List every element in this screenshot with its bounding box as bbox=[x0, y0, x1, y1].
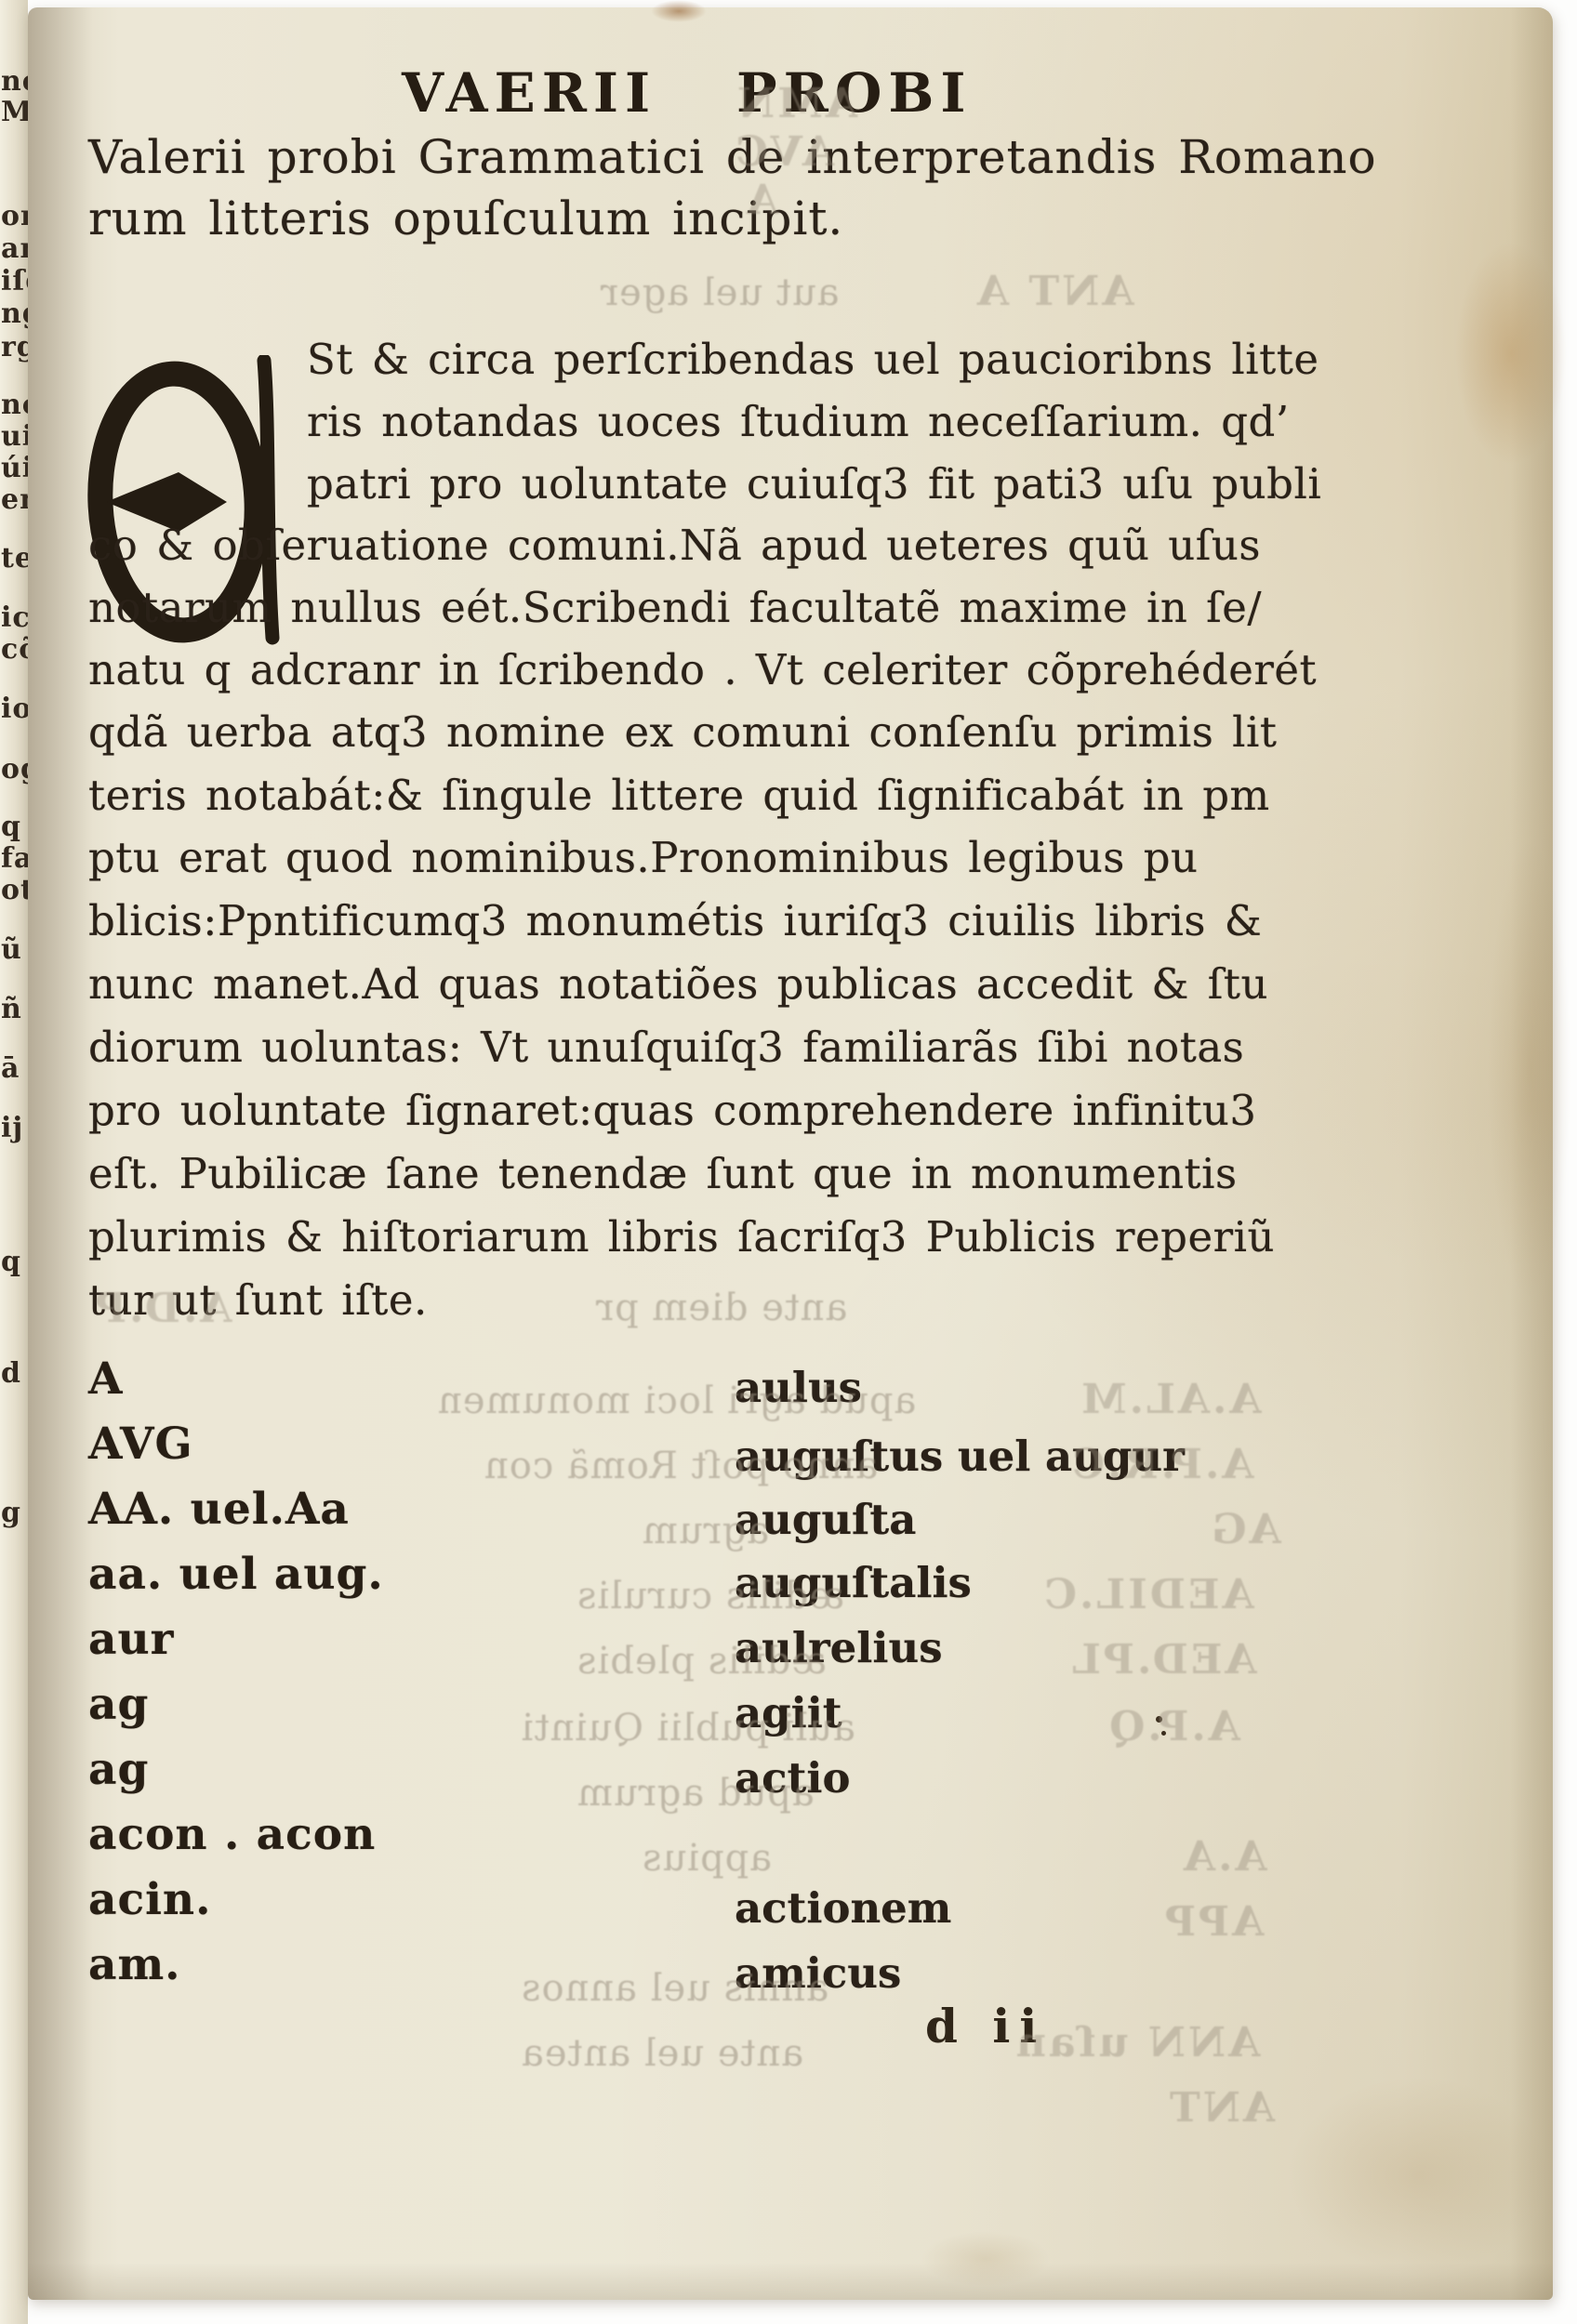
gutter-text-fragment: ij bbox=[1, 1112, 23, 1144]
abbreviation: am. bbox=[88, 1939, 181, 1990]
body-line: plurimis & hiſtoriarum libris ſacriſq3 P… bbox=[88, 1212, 1275, 1261]
gutter-text-fragment: g bbox=[1, 1497, 21, 1529]
abbreviation: A bbox=[88, 1353, 123, 1405]
body-line: diorum uoluntas: Vt unuſquiſq3 familiarã… bbox=[88, 1023, 1244, 1072]
body-line: nunc manet.Ad quas notatiões publicas ac… bbox=[88, 959, 1268, 1009]
facing-page-edge: nerã Ma or, ama iſq3 nge rga no uid úin … bbox=[0, 0, 28, 2324]
abbreviation: AA. uel.Aa bbox=[88, 1484, 350, 1535]
showthrough-text: apud agrum bbox=[576, 1772, 815, 1815]
showthrough-text: anno poſt Romã con bbox=[484, 1445, 878, 1487]
gutter-text-fragment: ñ bbox=[1, 993, 22, 1025]
body-line: co & obſeruatione comuni.Nã apud ueteres… bbox=[88, 521, 1261, 570]
showthrough-text: ante diem pr bbox=[595, 1287, 848, 1329]
incipit-line: rum litteris opuſculum incipit. bbox=[88, 191, 843, 245]
body-line: St & circa perſcribendas uel paucioribns… bbox=[307, 335, 1319, 384]
gutter-text-fragment: ici bbox=[1, 601, 28, 634]
showthrough-text: AMN bbox=[735, 80, 857, 127]
page-edge-shadow-bottom bbox=[28, 2263, 1553, 2300]
gutter-text-fragment: uid bbox=[1, 420, 28, 453]
abbreviation: aa. uel aug. bbox=[88, 1549, 384, 1600]
gutter-text-fragment: ama bbox=[1, 232, 28, 265]
showthrough-text: ante uel antea bbox=[521, 2032, 803, 2075]
abbreviation: ag bbox=[88, 1679, 149, 1730]
body-line: notarum nullus eét.Scribendi facultatẽ m… bbox=[88, 583, 1262, 632]
showthrough-text: ANT A bbox=[974, 268, 1134, 315]
gutter-text-fragment: úin bbox=[1, 452, 28, 484]
body-line: blicis:Ppntificumq3 monumétis iuriſq3 ci… bbox=[88, 896, 1262, 945]
showthrough-text: appius bbox=[642, 1837, 772, 1880]
showthrough-text: A.AL.M bbox=[1079, 1376, 1262, 1423]
abbreviation: acon . acon bbox=[88, 1809, 376, 1860]
showthrough-text: ANN uſan bbox=[1014, 2019, 1260, 2067]
body-line: pro uoluntate ſignaret:quas comprehender… bbox=[88, 1086, 1257, 1135]
showthrough-text: auli publii Quinti bbox=[521, 1707, 855, 1750]
page-edge-shadow-right bbox=[1510, 7, 1553, 2300]
body-line: ptu erat quod nominibus.Pronominibus leg… bbox=[88, 833, 1199, 882]
showthrough-text: ANT bbox=[1167, 2084, 1275, 2132]
gutter-text-fragment: rga bbox=[1, 331, 28, 363]
abbreviation: acin. bbox=[88, 1874, 211, 1925]
gutter-text-fragment: q bbox=[1, 1246, 21, 1278]
gutter-text-fragment: nerã bbox=[1, 65, 28, 98]
gutter-text-fragment: d bbox=[1, 1357, 21, 1390]
gutter-text-fragment: no bbox=[1, 389, 28, 421]
showthrough-text: AEDIL.C bbox=[1041, 1571, 1254, 1618]
gutter-text-fragment: ā bbox=[1, 1052, 20, 1085]
gutter-text-fragment: ũ bbox=[1, 933, 22, 966]
gutter-text-fragment: cõ bbox=[1, 633, 28, 666]
showthrough-text: AG bbox=[1209, 1506, 1281, 1553]
showthrough-text: A bbox=[744, 177, 778, 224]
showthrough-text: ædilis curulis bbox=[576, 1575, 844, 1618]
body-line: ris notandas uoces ſtudium neceſſarium. … bbox=[307, 397, 1290, 446]
showthrough-text: annis uel annos bbox=[521, 1967, 828, 2010]
gutter-text-fragment: nge bbox=[1, 297, 28, 330]
abbreviation: aur bbox=[88, 1614, 174, 1665]
scanned-book-photo: nerã Ma or, ama iſq3 nge rga no uid úin … bbox=[0, 0, 1577, 2324]
showthrough-text: apud agri loci monumen bbox=[437, 1380, 916, 1422]
gutter-text-fragment: or, bbox=[1, 200, 28, 232]
showthrough-text: agrum bbox=[642, 1510, 769, 1552]
abbreviation: AVG bbox=[88, 1419, 193, 1470]
gutter-text-fragment: Ma bbox=[1, 96, 28, 128]
showthrough-text: APP bbox=[1162, 1898, 1264, 1946]
showthrough-text: AED.PL bbox=[1069, 1636, 1257, 1684]
gutter-shadow bbox=[28, 7, 93, 2300]
gutter-text-fragment: iſq3 bbox=[1, 265, 28, 297]
gutter-text-fragment: q bbox=[1, 811, 21, 843]
body-line: patri pro uoluntate cuiuſq3 fit pati3 uſ… bbox=[307, 459, 1321, 508]
showthrough-text: AVC bbox=[733, 128, 834, 176]
abbreviation-meaning: actionem bbox=[735, 1883, 951, 1933]
body-line: teris notabát:& ſingule littere quid ſig… bbox=[88, 771, 1270, 820]
showthrough-text: A.P.Q bbox=[1107, 1703, 1240, 1750]
showthrough-text: A.A bbox=[1181, 1833, 1267, 1881]
gutter-text-fragment: ot bbox=[1, 874, 28, 906]
gutter-text-fragment: em bbox=[1, 483, 28, 516]
gutter-text-fragment: te bbox=[1, 542, 28, 574]
showthrough-text: A.D.P bbox=[93, 1285, 232, 1332]
showthrough-text: A.P.R.C bbox=[1069, 1441, 1253, 1488]
abbreviation: ag bbox=[88, 1744, 149, 1795]
gutter-text-fragment: io bbox=[1, 693, 28, 725]
body-line: natu q adcranr in ſcribendo . Vt celerit… bbox=[88, 645, 1317, 694]
gutter-text-fragment: og bbox=[1, 753, 28, 786]
body-line: qdã uerba atq3 nomine ex comuni conſenſu… bbox=[88, 707, 1277, 757]
running-title-word-1: VAERII bbox=[402, 61, 656, 125]
showthrough-text: ædilis plebis bbox=[576, 1640, 827, 1683]
gutter-text-fragment: fa bbox=[1, 842, 28, 875]
body-line: eſt. Pubilicæ ſane tenendæ ſunt que in m… bbox=[88, 1149, 1238, 1198]
showthrough-text: aut uel ager bbox=[600, 271, 840, 314]
